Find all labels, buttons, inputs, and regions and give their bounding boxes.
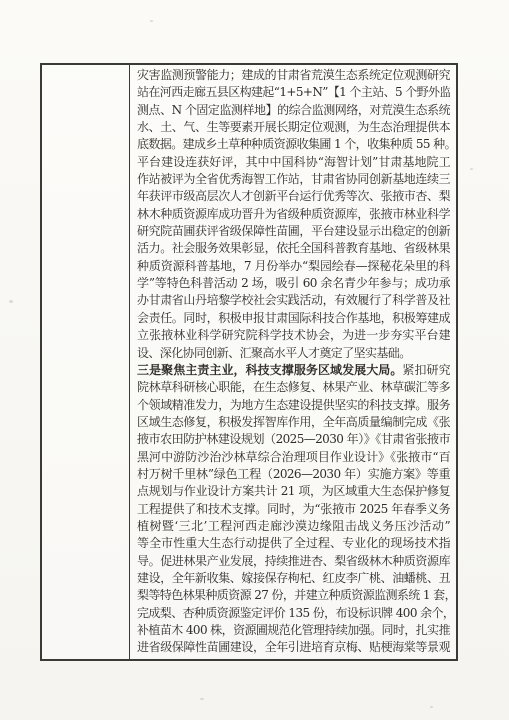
text-line: 灾害监测预警能力；建成的甘肃省荒漠生态系统定位观测研究 <box>137 67 450 84</box>
text-line: 底数据。建成乡土草种种质资源收集圃 1 个，收集种质 55 种。 <box>137 136 450 153</box>
text-line: 区域生态修复，积极发挥智库作用，全年高质量编制完成《张 <box>137 414 450 431</box>
document-table: 灾害监测预警能力；建成的甘肃省荒漠生态系统定位观测研究 站在河西走廊五县区构建起… <box>40 63 458 661</box>
text-line: 等全市性重大生态行动提供了全过程、专业化的现场技术指 <box>137 535 450 552</box>
scan-speckle <box>200 698 204 700</box>
text-line: 设、深化协同创新、汇聚高水平人才奠定了坚实基础。 <box>137 345 450 362</box>
text-line: 年获评市级高层次人才创新平台运行优秀等次、张掖市杏、梨 <box>137 188 450 205</box>
section-heading-bold: 三是聚焦主责主业，科技支撑服务区域发展大局。 <box>137 363 402 377</box>
text-line: 建设，全年新收集、嫁接保存枸杞、红皮李广桃、油蟠桃、丑 <box>137 570 450 587</box>
text-line: 个领域精准发力，为地方生态建设提供坚实的科技支撑。服务 <box>137 397 450 414</box>
text-line: 掖市农田防护林建设规划（2025—2030 年）》《甘肃省张掖市 <box>137 431 450 448</box>
text-line: 院林草科研核心职能，在生态修复、林果产业、林草碳汇等多 <box>137 379 450 396</box>
text-line-continuation: 紧扣研究 <box>402 363 450 377</box>
text-line: 会责任。同时，积极申报甘肃国际科技合作基地，积极筹建成 <box>137 310 450 327</box>
text-line: 村万树千里林”绿色工程（2026—2030 年）实施方案》等重 <box>137 466 450 483</box>
table-left-column-cell <box>42 65 130 659</box>
text-line: 点规划与作业设计方案共计 21 项，为区域重大生态保护修复 <box>137 483 450 500</box>
text-line: 种质资源科普基地，7 月份举办“梨园绘春—探秘花朵里的科 <box>137 258 450 275</box>
text-line: 立张掖林业科学研究院科学技术协会，为进一步夯实平台建 <box>137 327 450 344</box>
text-line: 补植苗木 400 株，资源圃规范化管理持续加强。同时，扎实推 <box>137 622 450 639</box>
text-line: 站在河西走廊五县区构建起“1+5+N”【1 个主站、5 个野外监 <box>137 84 450 101</box>
scanned-document-page: 灾害监测预警能力；建成的甘肃省荒漠生态系统定位观测研究 站在河西走廊五县区构建起… <box>0 0 509 720</box>
scan-speckle <box>430 706 433 708</box>
text-line: 作站被评为全省优秀海智工作站，甘肃省协同创新基地连续三 <box>137 171 450 188</box>
text-line: 林木种质资源库成功晋升为省级种质资源库，张掖市林业科学 <box>137 206 450 223</box>
text-line: 完成梨、杏种质资源鉴定评价 135 份，布设标识牌 400 余个， <box>137 605 450 622</box>
text-line: 黑河中游防沙治沙林草综合治理项目作业设计》《张掖市“百 <box>137 449 450 466</box>
text-line: 水、土、气、生等要素开展长期定位观测，为生态治理提供本 <box>137 119 450 136</box>
text-line: 学”等特色科普活动 2 场，吸引 60 余名青少年参与；成功承 <box>137 275 450 292</box>
text-line: 植树暨‘三北’工程河西走廊沙漠边缘阻击战义务压沙活动” <box>137 518 450 535</box>
text-line: 活力。社会服务效果彰显，依托全国科普教育基地、省级林果 <box>137 240 450 257</box>
table-content-cell: 灾害监测预警能力；建成的甘肃省荒漠生态系统定位观测研究 站在河西走廊五县区构建起… <box>130 65 456 659</box>
text-line: 工程提供了和技术支撑。同时，为“张掖市 2025 年春季义务 <box>137 501 450 518</box>
text-line: 三是聚焦主责主业，科技支撑服务区域发展大局。紧扣研究 <box>137 362 450 379</box>
scan-speckle <box>150 20 153 22</box>
scan-speckle <box>470 168 473 170</box>
text-line: 进省级保障性苗圃建设，全年引进培育京梅、贴梗海棠等景观 <box>137 639 450 656</box>
text-line: 平台建设连获好评，其中中国科协“海智计划”甘肃基地院工 <box>137 154 450 171</box>
text-line: 梨等特色林果种质资源 27 份，并建立种质资源监测系统 1 套， <box>137 587 450 604</box>
text-line: 研究院苗圃获评省级保障性苗圃，平台建设显示出稳定的创新 <box>137 223 450 240</box>
text-line: 测点、N 个固定监测样地】的综合监测网络，对荒漠生态系统 <box>137 102 450 119</box>
text-line: 导。促进林果产业发展，持续推进杏、梨省级林木种质资源库 <box>137 553 450 570</box>
text-line: 办甘肃省山丹培黎学校社会实践活动，有效履行了科学普及社 <box>137 292 450 309</box>
scan-speckle <box>9 300 13 303</box>
